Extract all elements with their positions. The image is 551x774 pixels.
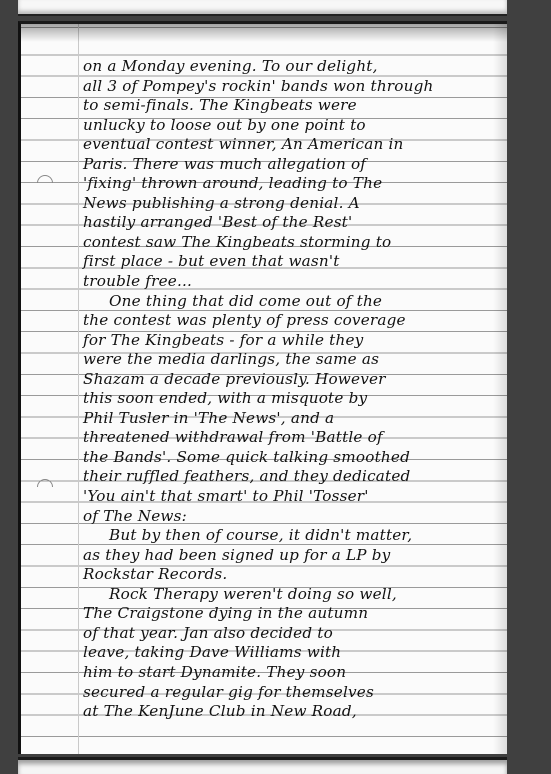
notebook-page: on a Monday evening. To our delight,all … [18,21,507,754]
next-page-edge [18,757,507,774]
text-line: secured a regular gig for themselves [83,683,507,703]
text-line: But by then of course, it didn't matter, [83,526,507,546]
text-line: Rock Therapy weren't doing so well, [83,585,507,605]
text-line: the Bands'. Some quick talking smoothed [83,448,507,468]
text-line: first place - but even that wasn't [83,252,507,272]
text-line: threatened withdrawal from 'Battle of [83,428,507,448]
punch-hole-mark [37,175,53,183]
text-line: were the media darlings, the same as [83,350,507,370]
text-line: Rockstar Records. [83,565,507,585]
text-line: for The Kingbeats - for a while they [83,331,507,351]
text-line: trouble free... [83,272,507,292]
handwritten-text: on a Monday evening. To our delight,all … [83,57,507,722]
text-line: of that year. Jan also decided to [83,624,507,644]
previous-page-edge [18,0,507,16]
text-line: at The KenJune Club in New Road, [83,702,507,722]
text-line: of The News: [83,507,507,527]
text-line: leave, taking Dave Williams with [83,643,507,663]
punch-hole-mark [37,479,53,487]
text-line: 'fixing' thrown around, leading to The [83,174,507,194]
text-line: on a Monday evening. To our delight, [83,57,507,77]
text-line: 'You ain't that smart' to Phil 'Tosser' [83,487,507,507]
text-line: hastily arranged 'Best of the Rest' [83,213,507,233]
text-line: eventual contest winner, An American in [83,135,507,155]
text-line: Paris. There was much allegation of [83,155,507,175]
text-line: him to start Dynamite. They soon [83,663,507,683]
text-line: their ruffled feathers, and they dedicat… [83,467,507,487]
text-line: The Craigstone dying in the autumn [83,604,507,624]
text-line: this soon ended, with a misquote by [83,389,507,409]
text-line: Phil Tusler in 'The News', and a [83,409,507,429]
text-line: One thing that did come out of the [83,292,507,312]
text-line: News publishing a strong denial. A [83,194,507,214]
text-line: contest saw The Kingbeats storming to [83,233,507,253]
text-line: unlucky to loose out by one point to [83,116,507,136]
text-line: all 3 of Pompey's rockin' bands won thro… [83,77,507,97]
text-line: as they had been signed up for a LP by [83,546,507,566]
text-line: Shazam a decade previously. However [83,370,507,390]
text-line: the contest was plenty of press coverage [83,311,507,331]
text-line: to semi-finals. The Kingbeats were [83,96,507,116]
